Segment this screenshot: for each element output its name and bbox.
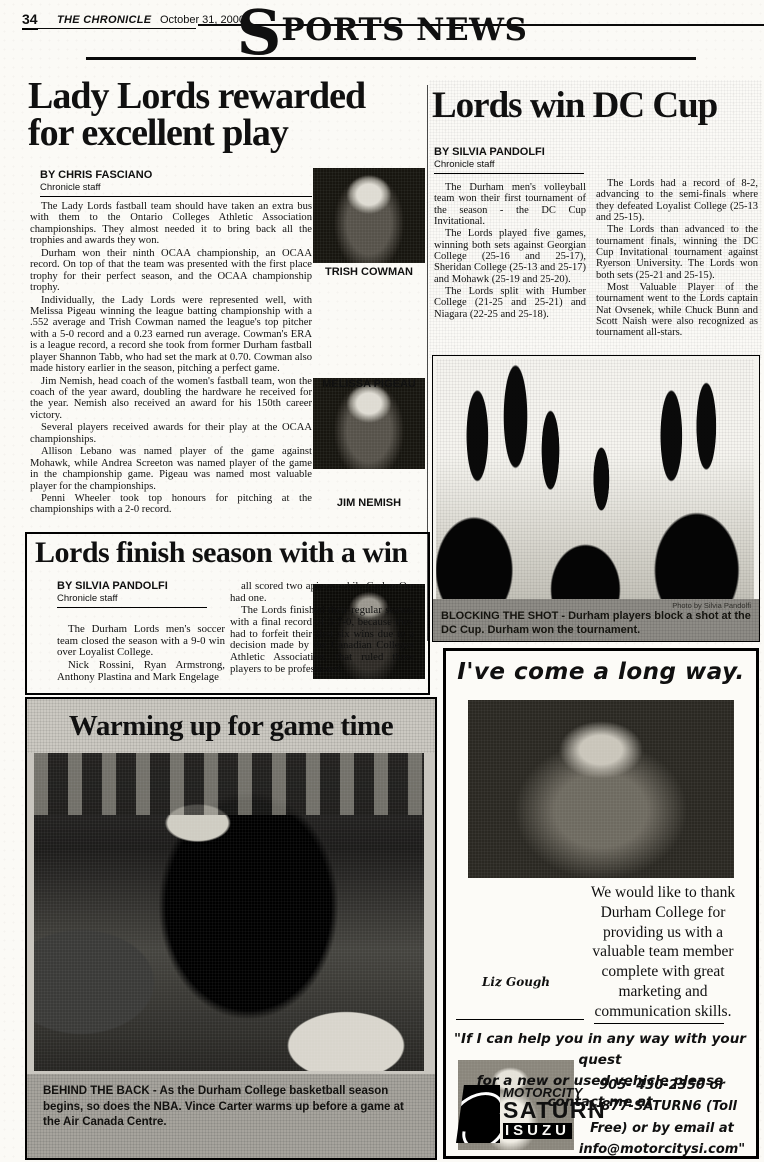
paragraph: Nick Rossini, Ryan Armstrong, Anthony Pl… [57,660,225,683]
paragraph: The Lords split with Humber College (21-… [434,286,586,320]
saturn-swoosh-icon [456,1085,500,1143]
logo-isuzu: ISUZU [503,1123,572,1139]
photo-caption: MELISSA PIGEAU [313,378,425,390]
section-title: SPORTS NEWS [0,2,764,64]
paragraph: The Lords played five games, winning bot… [434,228,586,285]
liz-gough-caption: Liz Gough [458,975,574,989]
caption-text: BLOCKING THE SHOT - Durham players block… [441,610,751,636]
dc-cup-column-1: The Durham men's volleyball team won the… [434,182,586,321]
photo-feature-caption: BEHIND THE BACK - As the Durham College … [27,1074,435,1158]
ad-contact: 905- 430-2350 or 1-877-SATURN6 (Toll Fre… [578,1075,746,1161]
lady-lords-headline: Lady Lords rewarded for excellent play [28,78,428,152]
ad-thank-you-text: We would like to thank Durham College fo… [576,883,750,1022]
section-name: PORTS NEWS [281,12,527,48]
volleyball-caption: Photo by Silvia Pandolfi BLOCKING THE SH… [433,599,759,641]
paragraph: Several players received awards for thei… [30,422,312,445]
basketball-photo [34,753,424,1071]
soccer-headline: Lords finish season with a win [35,538,425,567]
paragraph: Most Valuable Player of the tournament w… [596,282,758,339]
byline-rule [434,173,584,174]
soccer-column-2: all scored two apiece, while Carlon Orr … [230,581,414,676]
melissa-pigeau-photo [313,378,425,469]
section-rule [86,57,696,60]
paragraph: The Durham men's volleyball team won the… [434,182,586,227]
headline-line: Lady Lords rewarded [28,78,428,115]
volleyball-photo [436,359,754,599]
contact-line: 1-877-SATURN6 (Toll [578,1096,746,1117]
contact-line: 905- 430-2350 or [578,1075,746,1096]
paragraph: Penni Wheeler took top honours for pitch… [30,493,312,516]
paragraph: Individually, the Lady Lords were repres… [30,295,312,375]
soccer-byline: BY SILVIA PANDOLFI Chronicle staff [57,580,207,608]
paragraph: The Durham Lords men's soccer team close… [57,624,225,659]
lady-lords-byline: BY CHRIS FASCIANO Chronicle staff [40,169,312,197]
paragraph: The Lady Lords fastball team should have… [30,201,312,247]
photo-feature-box: Warming up for game time BEHIND THE BACK… [25,697,437,1160]
byline-name: BY SILVIA PANDOLFI [57,580,207,592]
photo-caption: TRISH COWMAN [313,266,425,278]
byline-role: Chronicle staff [434,159,584,170]
motorcity-ad: I've come a long way. Liz Gough We would… [443,648,759,1159]
quote-line: "If I can help you in any way with your … [452,1029,748,1071]
paragraph: Jim Nemish, head coach of the women's fa… [30,376,312,422]
soccer-column-1: The Durham Lords men's soccer team close… [57,624,225,684]
motorcity-logo: MOTORCITY SATURN ISUZU [456,1085,592,1143]
paragraph: The Lords had a record of 8-2, advancing… [596,178,758,223]
photo-caption: JIM NEMISH [313,497,425,509]
byline-rule [57,607,207,608]
dc-cup-column-2: The Lords had a record of 8-2, advancing… [596,178,758,340]
paragraph: The Lords than advanced to the tournamen… [596,224,758,281]
byline-name: BY CHRIS FASCIANO [40,169,312,181]
byline-rule [40,196,312,197]
photo-feature-headline: Warming up for game time [27,699,435,753]
paragraph: Durham won their ninth OCAA championship… [30,248,312,294]
photo-credit: Photo by Silvia Pandolfi [672,601,751,610]
byline-role: Chronicle staff [40,182,312,193]
lady-lords-body: The Lady Lords fastball team should have… [30,201,312,517]
divider [456,1019,584,1020]
byline-role: Chronicle staff [57,593,207,604]
ad-slogan: I've come a long way. [446,659,756,685]
paragraph: The Lords finished their regular season … [230,605,414,675]
newspaper-page: 34 THE CHRONICLE October 31, 2000 SPORTS… [0,0,764,1162]
dc-cup-byline: BY SILVIA PANDOLFI Chronicle staff [434,146,584,174]
byline-name: BY SILVIA PANDOLFI [434,146,584,158]
ad-main-photo [468,700,734,878]
paragraph: all scored two apiece, while Carlon Orr … [230,581,414,604]
dc-cup-headline: Lords win DC Cup [432,88,760,124]
contact-line: Free) or by email at [578,1118,746,1139]
trish-cowman-photo [313,168,425,263]
divider [594,1023,724,1024]
contact-line: info@motorcitysi.com" [578,1139,746,1160]
headline-line: for excellent play [28,115,428,152]
paragraph: Allison Lebano was named player of the g… [30,446,312,492]
volleyball-photo-box: Photo by Silvia Pandolfi BLOCKING THE SH… [432,355,760,642]
soccer-article-box: Lords finish season with a win BY SILVIA… [25,532,430,695]
